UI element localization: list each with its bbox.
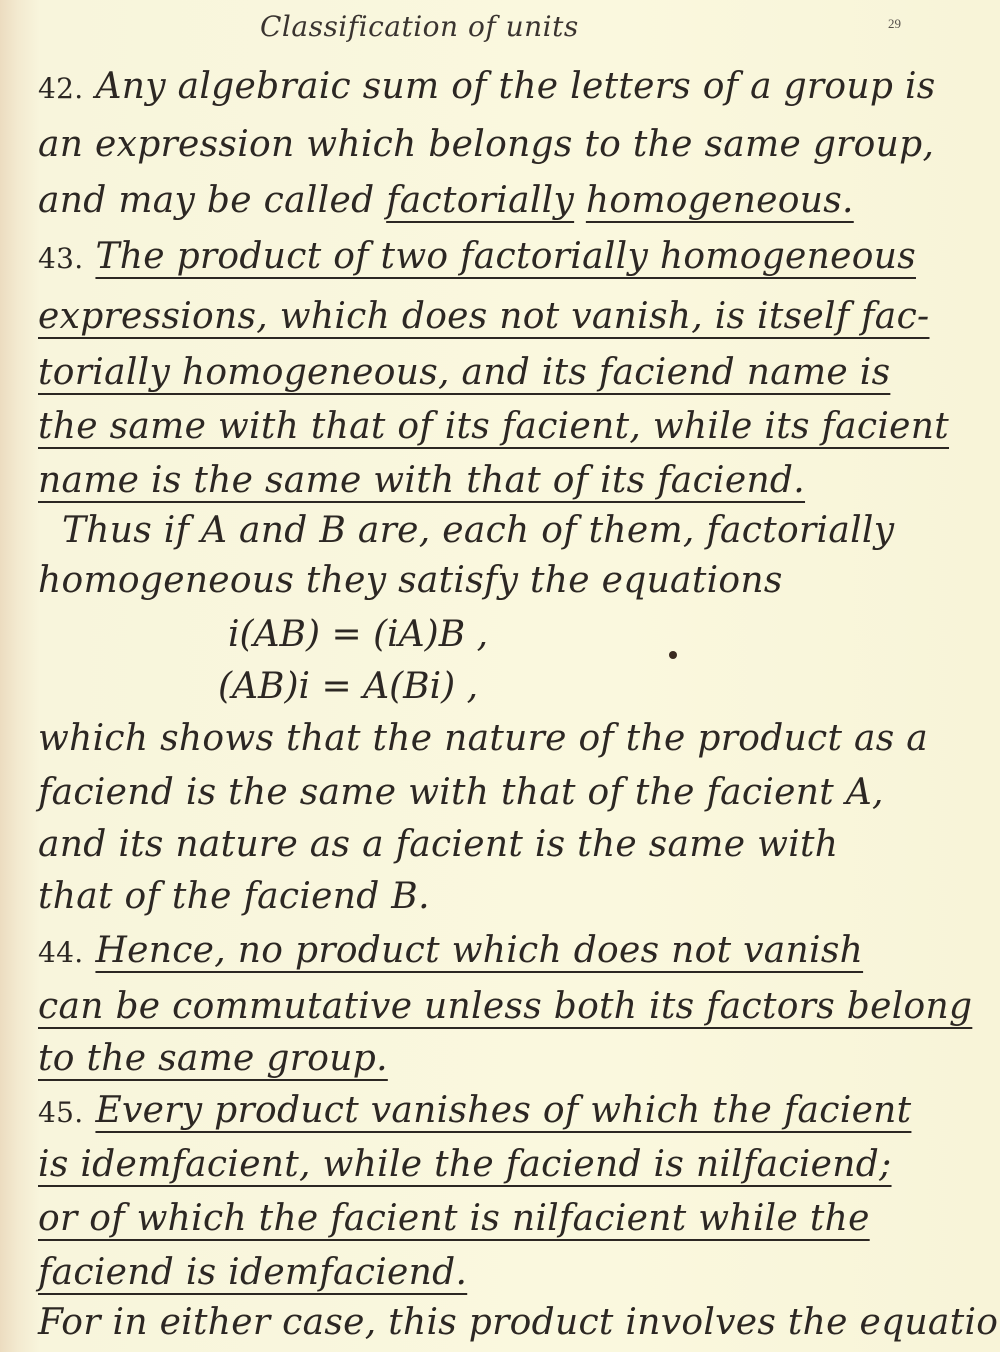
section-43-line-3: torially homogeneous, and its faciend na… [38, 352, 890, 393]
section-43-line-2: expressions, which does not vanish, is i… [38, 296, 930, 337]
page-number: 29 [888, 16, 901, 32]
manuscript-page: Classification of units 29 42.Any algebr… [0, 0, 1000, 1352]
section-42-line-2: an expression which belongs to the same … [38, 124, 934, 165]
underlined-term: factorially [386, 180, 574, 221]
underlined-text: Every product vanishes of which the faci… [95, 1090, 911, 1131]
text: Any algebraic sum of the letters of a gr… [95, 66, 935, 107]
text: and may be called [38, 180, 374, 221]
underlined-text: or of which the facient is nilfacient wh… [38, 1198, 870, 1239]
example-line-1: Thus if A and B are, each of them, facto… [62, 510, 894, 551]
underlined-text: can be commutative unless both its facto… [38, 986, 972, 1027]
section-44-line-3: to the same group. [38, 1038, 388, 1079]
page-header: Classification of units 29 [260, 4, 940, 54]
underlined-text: the same with that of its facient, while… [38, 406, 949, 447]
underlined-text: name is the same with that of its facien… [38, 460, 805, 501]
section-45-line-3: or of which the facient is nilfacient wh… [38, 1198, 870, 1239]
section-45-line-1: 45.Every product vanishes of which the f… [38, 1090, 911, 1131]
section-number: 43. [38, 242, 83, 275]
equation-1: i(AB) = (iA)B , [228, 614, 488, 655]
section-44-line-1: 44.Hence, no product which does not vani… [38, 930, 863, 971]
example-line-2: homogeneous they satisfy the equations [38, 560, 783, 601]
equation-2: (AB)i = A(Bi) , [218, 666, 478, 707]
section-45-line-2: is idemfacient, while the faciend is nil… [38, 1144, 892, 1185]
section-45-line-5: For in either case, this product involve… [38, 1302, 1000, 1343]
underlined-text: Hence, no product which does not vanish [95, 930, 863, 971]
section-44-line-2: can be commutative unless both its facto… [38, 986, 972, 1027]
section-number: 42. [38, 72, 83, 105]
underlined-text: faciend is idemfaciend. [38, 1252, 467, 1293]
conclusion-line-2: faciend is the same with that of the fac… [38, 772, 884, 813]
running-title: Classification of units [260, 10, 579, 43]
section-number: 45. [38, 1096, 83, 1129]
underlined-text: to the same group. [38, 1038, 388, 1079]
section-42-line-1: 42.Any algebraic sum of the letters of a… [38, 66, 936, 107]
conclusion-line-1: which shows that the nature of the produ… [38, 718, 928, 759]
conclusion-line-3: and its nature as a facient is the same … [38, 824, 838, 865]
section-42-line-3: and may be called factorially homogeneou… [38, 180, 854, 221]
section-45-line-4: faciend is idemfaciend. [38, 1252, 467, 1293]
section-43-line-4: the same with that of its facient, while… [38, 406, 949, 447]
underlined-text: expressions, which does not vanish, is i… [38, 296, 930, 337]
underlined-text: is idemfacient, while the faciend is nil… [38, 1144, 892, 1185]
section-43-line-1: 43.The product of two factorially homoge… [38, 236, 916, 277]
ink-spot [669, 651, 677, 659]
section-43-line-5: name is the same with that of its facien… [38, 460, 805, 501]
underlined-term: homogeneous. [586, 180, 854, 221]
underlined-text: torially homogeneous, and its faciend na… [38, 352, 890, 393]
underlined-text: The product of two factorially homogeneo… [95, 236, 916, 277]
section-number: 44. [38, 936, 83, 969]
conclusion-line-4: that of the faciend B. [38, 876, 430, 917]
